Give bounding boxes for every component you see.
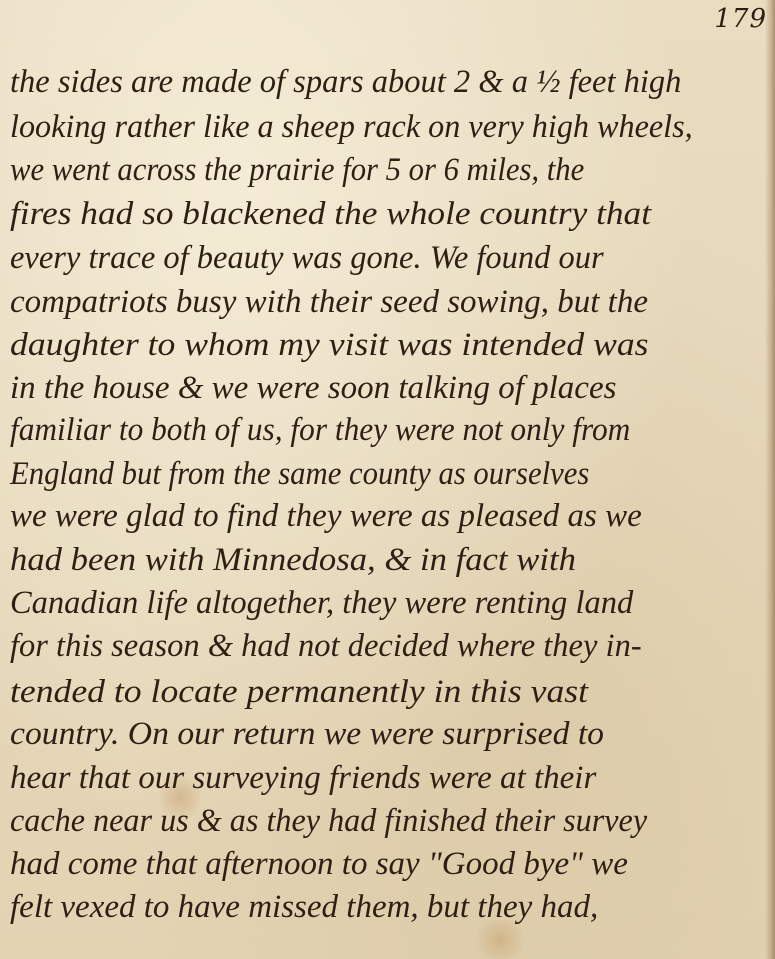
text-line: country. On our return we were surprised…	[10, 716, 604, 753]
text-line: felt vexed to have missed them, but they…	[10, 889, 598, 926]
text-line: Canadian life altogether, they were rent…	[10, 585, 633, 622]
text-line: tended to locate permanently in this vas…	[10, 674, 588, 711]
text-line: in the house & we were soon talking of p…	[10, 370, 616, 407]
text-line: hear that our surveying friends were at …	[10, 760, 596, 797]
manuscript-page: 179 the sides are made of spars about 2 …	[0, 0, 775, 959]
text-line: England but from the same county as ours…	[10, 456, 589, 493]
text-line: cache near us & as they had finished the…	[10, 803, 647, 840]
page-edge	[765, 0, 775, 959]
text-line: had come that afternoon to say "Good bye…	[10, 846, 628, 883]
text-line: fires had so blackened the whole country…	[10, 196, 651, 233]
text-line: we went across the prairie for 5 or 6 mi…	[10, 152, 584, 189]
text-line: had been with Minnedosa, & in fact with	[10, 542, 576, 579]
text-line: familiar to both of us, for they were no…	[10, 412, 630, 449]
page-number: 179	[714, 4, 767, 34]
text-line: daughter to whom my visit was intended w…	[10, 327, 649, 364]
text-line: we were glad to find they were as please…	[10, 498, 642, 535]
text-line: for this season & had not decided where …	[10, 628, 642, 665]
text-line: every trace of beauty was gone. We found…	[10, 240, 604, 277]
text-line: looking rather like a sheep rack on very…	[10, 109, 693, 146]
text-line: compatriots busy with their seed sowing,…	[10, 284, 648, 321]
text-line: the sides are made of spars about 2 & a …	[10, 64, 681, 101]
